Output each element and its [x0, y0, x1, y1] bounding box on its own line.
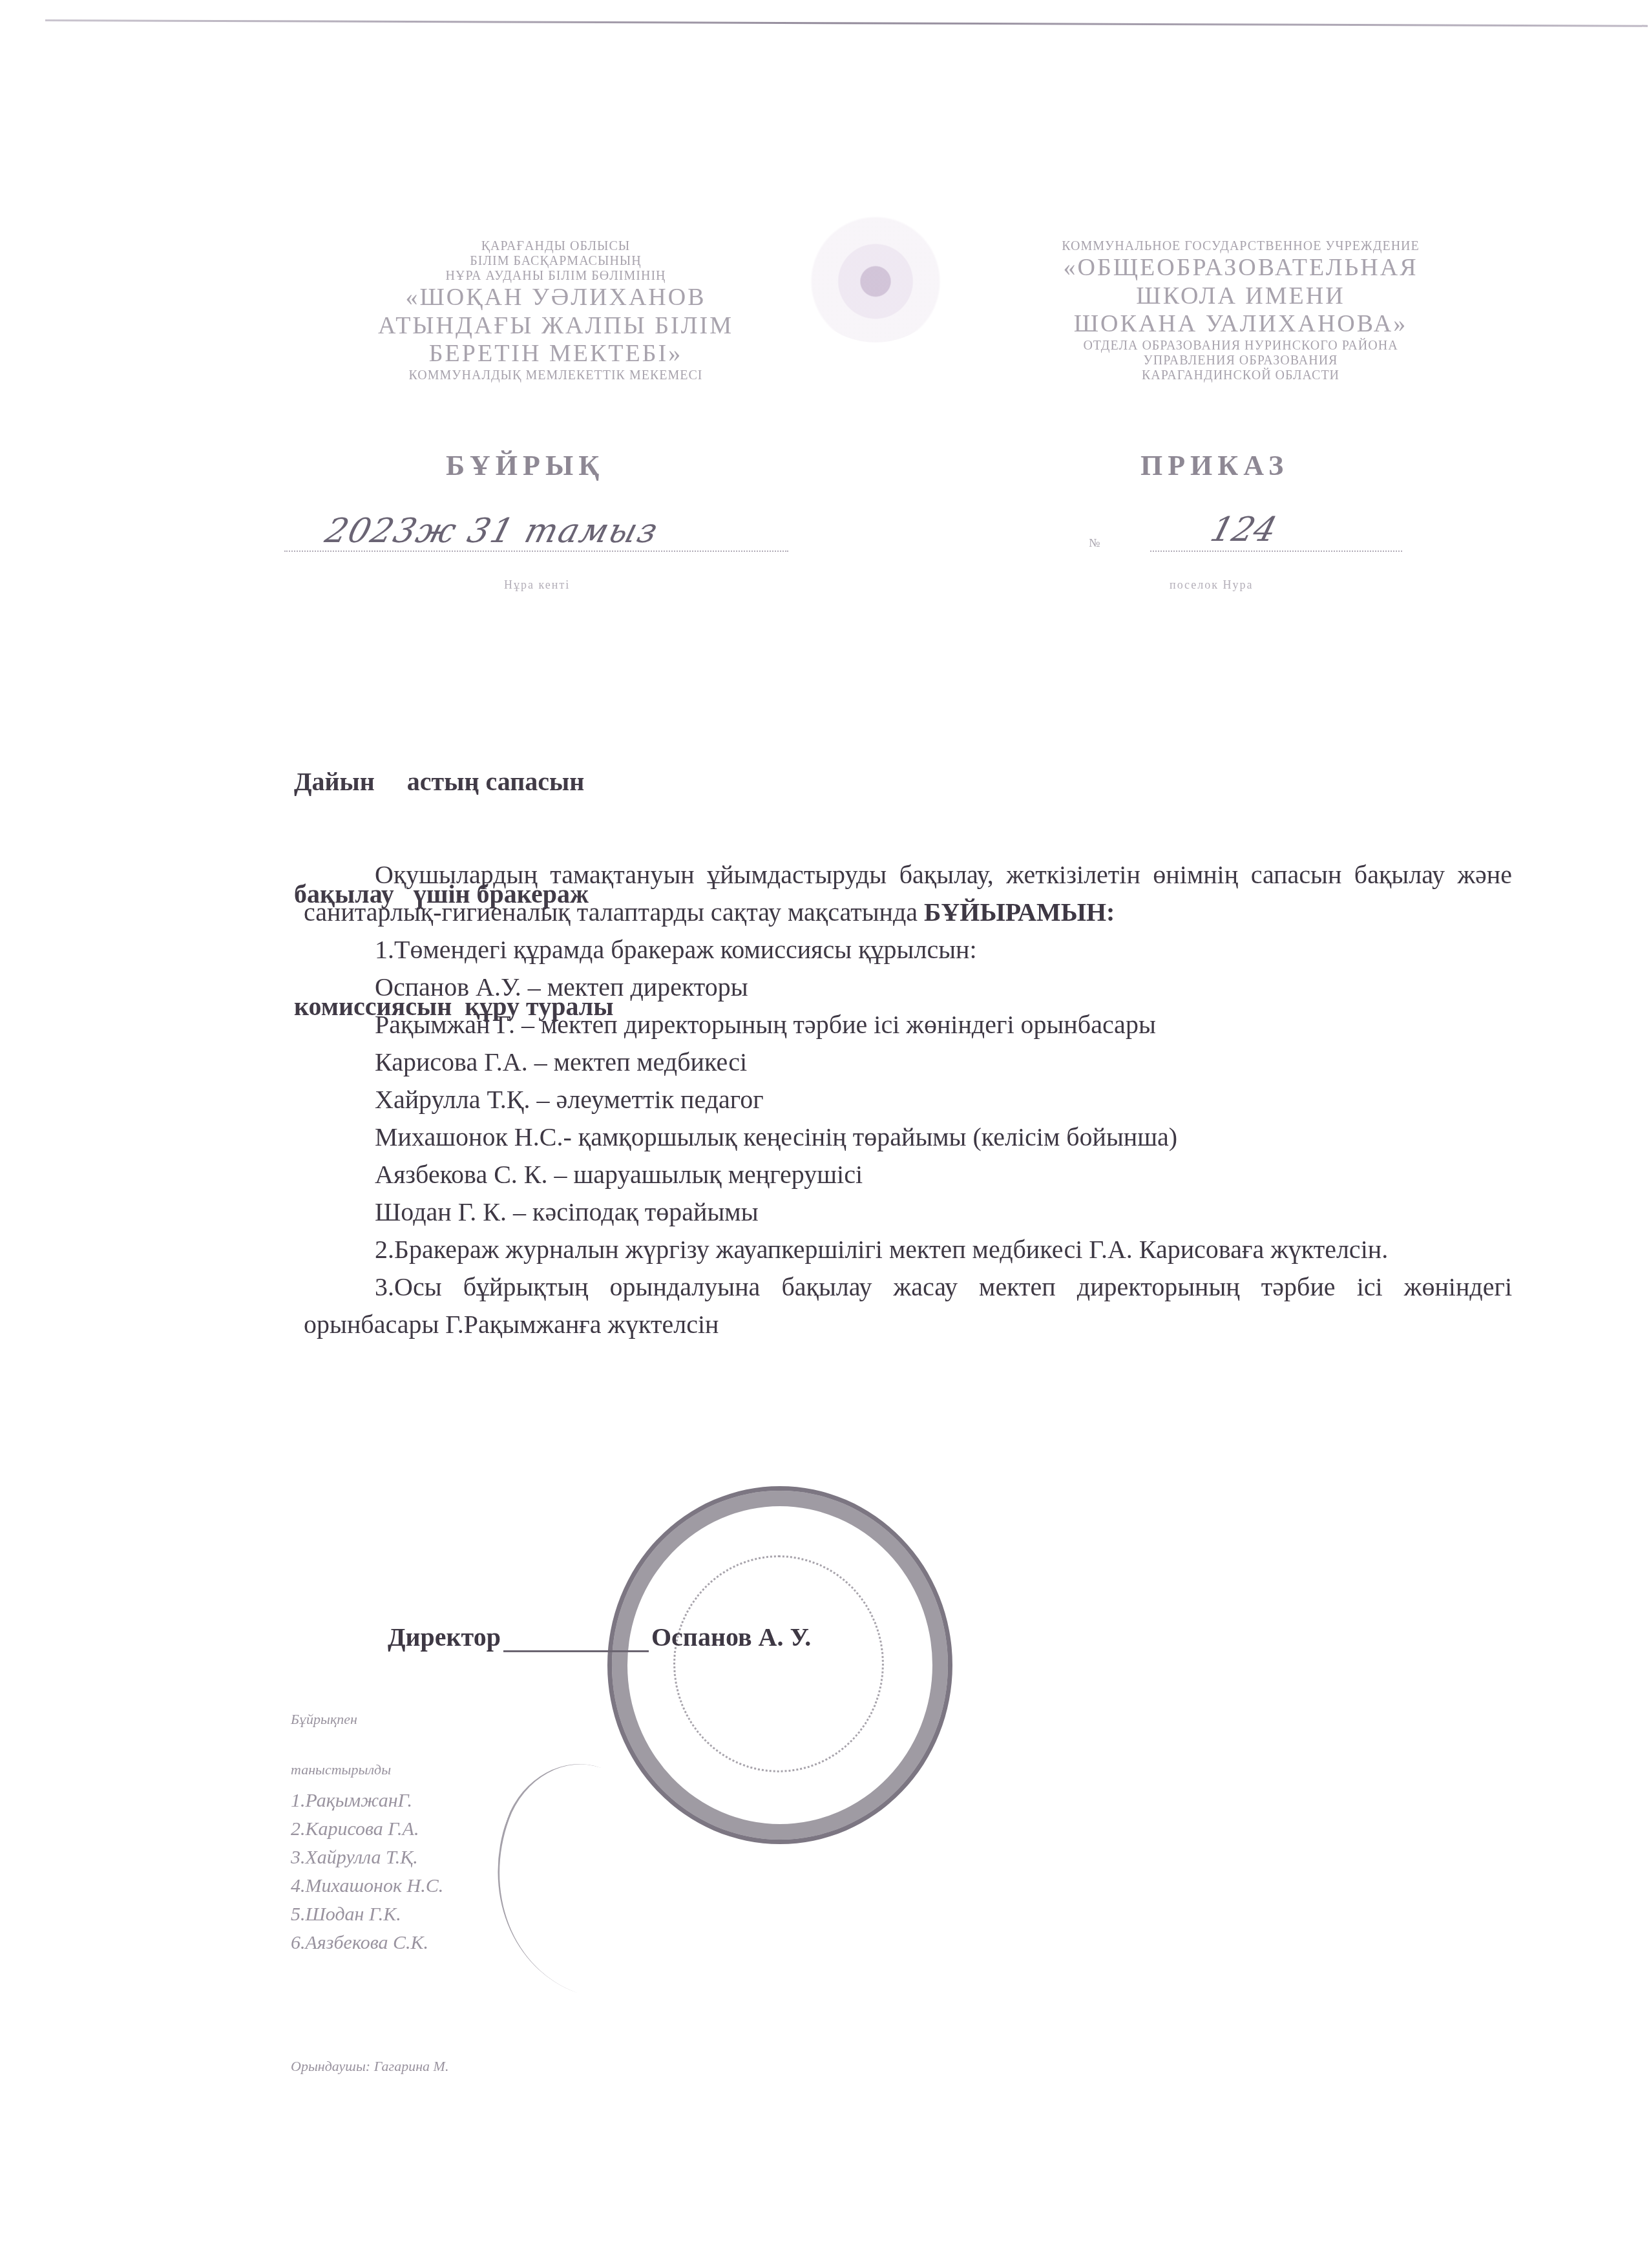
preamble-text: Оқушылардың тамақтануын ұйымдастыруды ба…	[304, 860, 1512, 927]
acknowledgement-list: 1.РақымжанГ. 2.Карисова Г.А. 3.Хайрулла …	[291, 1787, 443, 1957]
letterhead-kz: Қарағанды облысы білім басқармасының Нұр…	[375, 239, 737, 383]
order-body: Оқушылардың тамақтануын ұйымдастыруды ба…	[304, 856, 1512, 1343]
letterhead-ru-line: управления образования	[1008, 353, 1473, 368]
letterhead-ru-line: Карагандинской области	[1008, 368, 1473, 383]
director-role: Директор	[388, 1622, 501, 1652]
letterhead-kz-line: білім басқармасының	[375, 254, 737, 269]
member-item: Оспанов А.У. – мектеп директоры	[304, 969, 1512, 1006]
member-item: Хайрулла Т.Қ. – әлеуметтік педагог	[304, 1081, 1512, 1118]
letterhead-ru-school-name: Шокана Уалиханова»	[1008, 310, 1473, 339]
acknowledgement-title: Бұйрықпен таныстырылды	[291, 1694, 391, 1795]
order-title-ru: ПРИКАЗ	[1140, 449, 1288, 482]
preamble: Оқушылардың тамақтануын ұйымдастыруды ба…	[304, 856, 1512, 931]
letterhead-kz-school-name: «Шоқан Уәлиханов	[375, 284, 737, 312]
seal-inner-ring	[673, 1555, 884, 1772]
letterhead-ru: Коммунальное государственное учреждение …	[1008, 239, 1473, 383]
order-date: 2023ж 31 тамыз	[321, 512, 663, 551]
letterhead-kz-line: Нұра ауданы білім бөлімінің	[375, 269, 737, 284]
number-underline	[1150, 551, 1402, 552]
item-1: 1.Төмендегі құрамда бракераж комиссиясы …	[304, 931, 1512, 969]
official-seal-stamp	[607, 1486, 952, 1844]
letterhead-ru-line: отдела образования Нуринского района	[1008, 339, 1473, 353]
letterhead-ru-line: Коммунальное государственное учреждение	[1008, 239, 1473, 254]
item-2: 2.Бракераж журналын жүргізу жауапкершілі…	[304, 1231, 1512, 1268]
scan-edge-line	[45, 19, 1648, 27]
place-ru: поселок Нура	[1170, 578, 1254, 592]
preamble-command: БҰЙЫРАМЫН:	[924, 898, 1115, 927]
state-emblem-icon	[801, 207, 950, 342]
date-underline	[284, 551, 788, 552]
ack-list-item: 4.Михашонок Н.С.	[291, 1872, 443, 1900]
letterhead-ru-school-name: школа имени	[1008, 282, 1473, 311]
signature-line	[503, 1624, 649, 1652]
letterhead-kz-school-name: атындағы жалпы білім	[375, 312, 737, 341]
member-item: Рақымжан Г. – мектеп директорының тәрбие…	[304, 1006, 1512, 1044]
item-3: 3.Осы бұйрықтың орындалуына бақылау жаса…	[304, 1268, 1512, 1343]
member-item: Шодан Г. К. – кәсіподақ төрайымы	[304, 1193, 1512, 1231]
subject-line: Дайын астың сапасын	[294, 763, 613, 801]
ack-list-item: 3.Хайрулла Т.Қ.	[291, 1843, 443, 1872]
ack-list-item: 1.РақымжанГ.	[291, 1787, 443, 1815]
director-signature-block: Директор Оспанов А. У.	[388, 1622, 811, 1652]
place-kz: Нұра кенті	[504, 578, 570, 592]
director-name: Оспанов А. У.	[651, 1622, 811, 1652]
letterhead-kz-line: Қарағанды облысы	[375, 239, 737, 254]
ack-list-item: 6.Аязбекова С.К.	[291, 1929, 443, 1957]
member-item: Аязбекова С. К. – шаруашылық меңгерушісі	[304, 1156, 1512, 1193]
order-title-kz: БҰЙРЫҚ	[446, 449, 604, 482]
executor-note: Орындаушы: Гагарина М.	[291, 2058, 448, 2075]
order-number: 124	[1206, 510, 1281, 549]
number-sign: №	[1089, 536, 1100, 550]
letterhead-kz-line: коммуналдық мемлекеттік мекемесі	[375, 368, 737, 383]
member-item: Михашонок Н.С.- қамқоршылық кеңесінің тө…	[304, 1118, 1512, 1156]
letterhead-ru-school-name: «Общеобразовательная	[1008, 254, 1473, 282]
ack-list-item: 2.Карисова Г.А.	[291, 1815, 443, 1843]
member-item: Карисова Г.А. – мектеп медбикесі	[304, 1044, 1512, 1081]
letterhead-kz-school-name: беретін мектебі»	[375, 340, 737, 368]
ack-title-line: Бұйрықпен	[291, 1694, 391, 1745]
ack-list-item: 5.Шодан Г.К.	[291, 1900, 443, 1929]
